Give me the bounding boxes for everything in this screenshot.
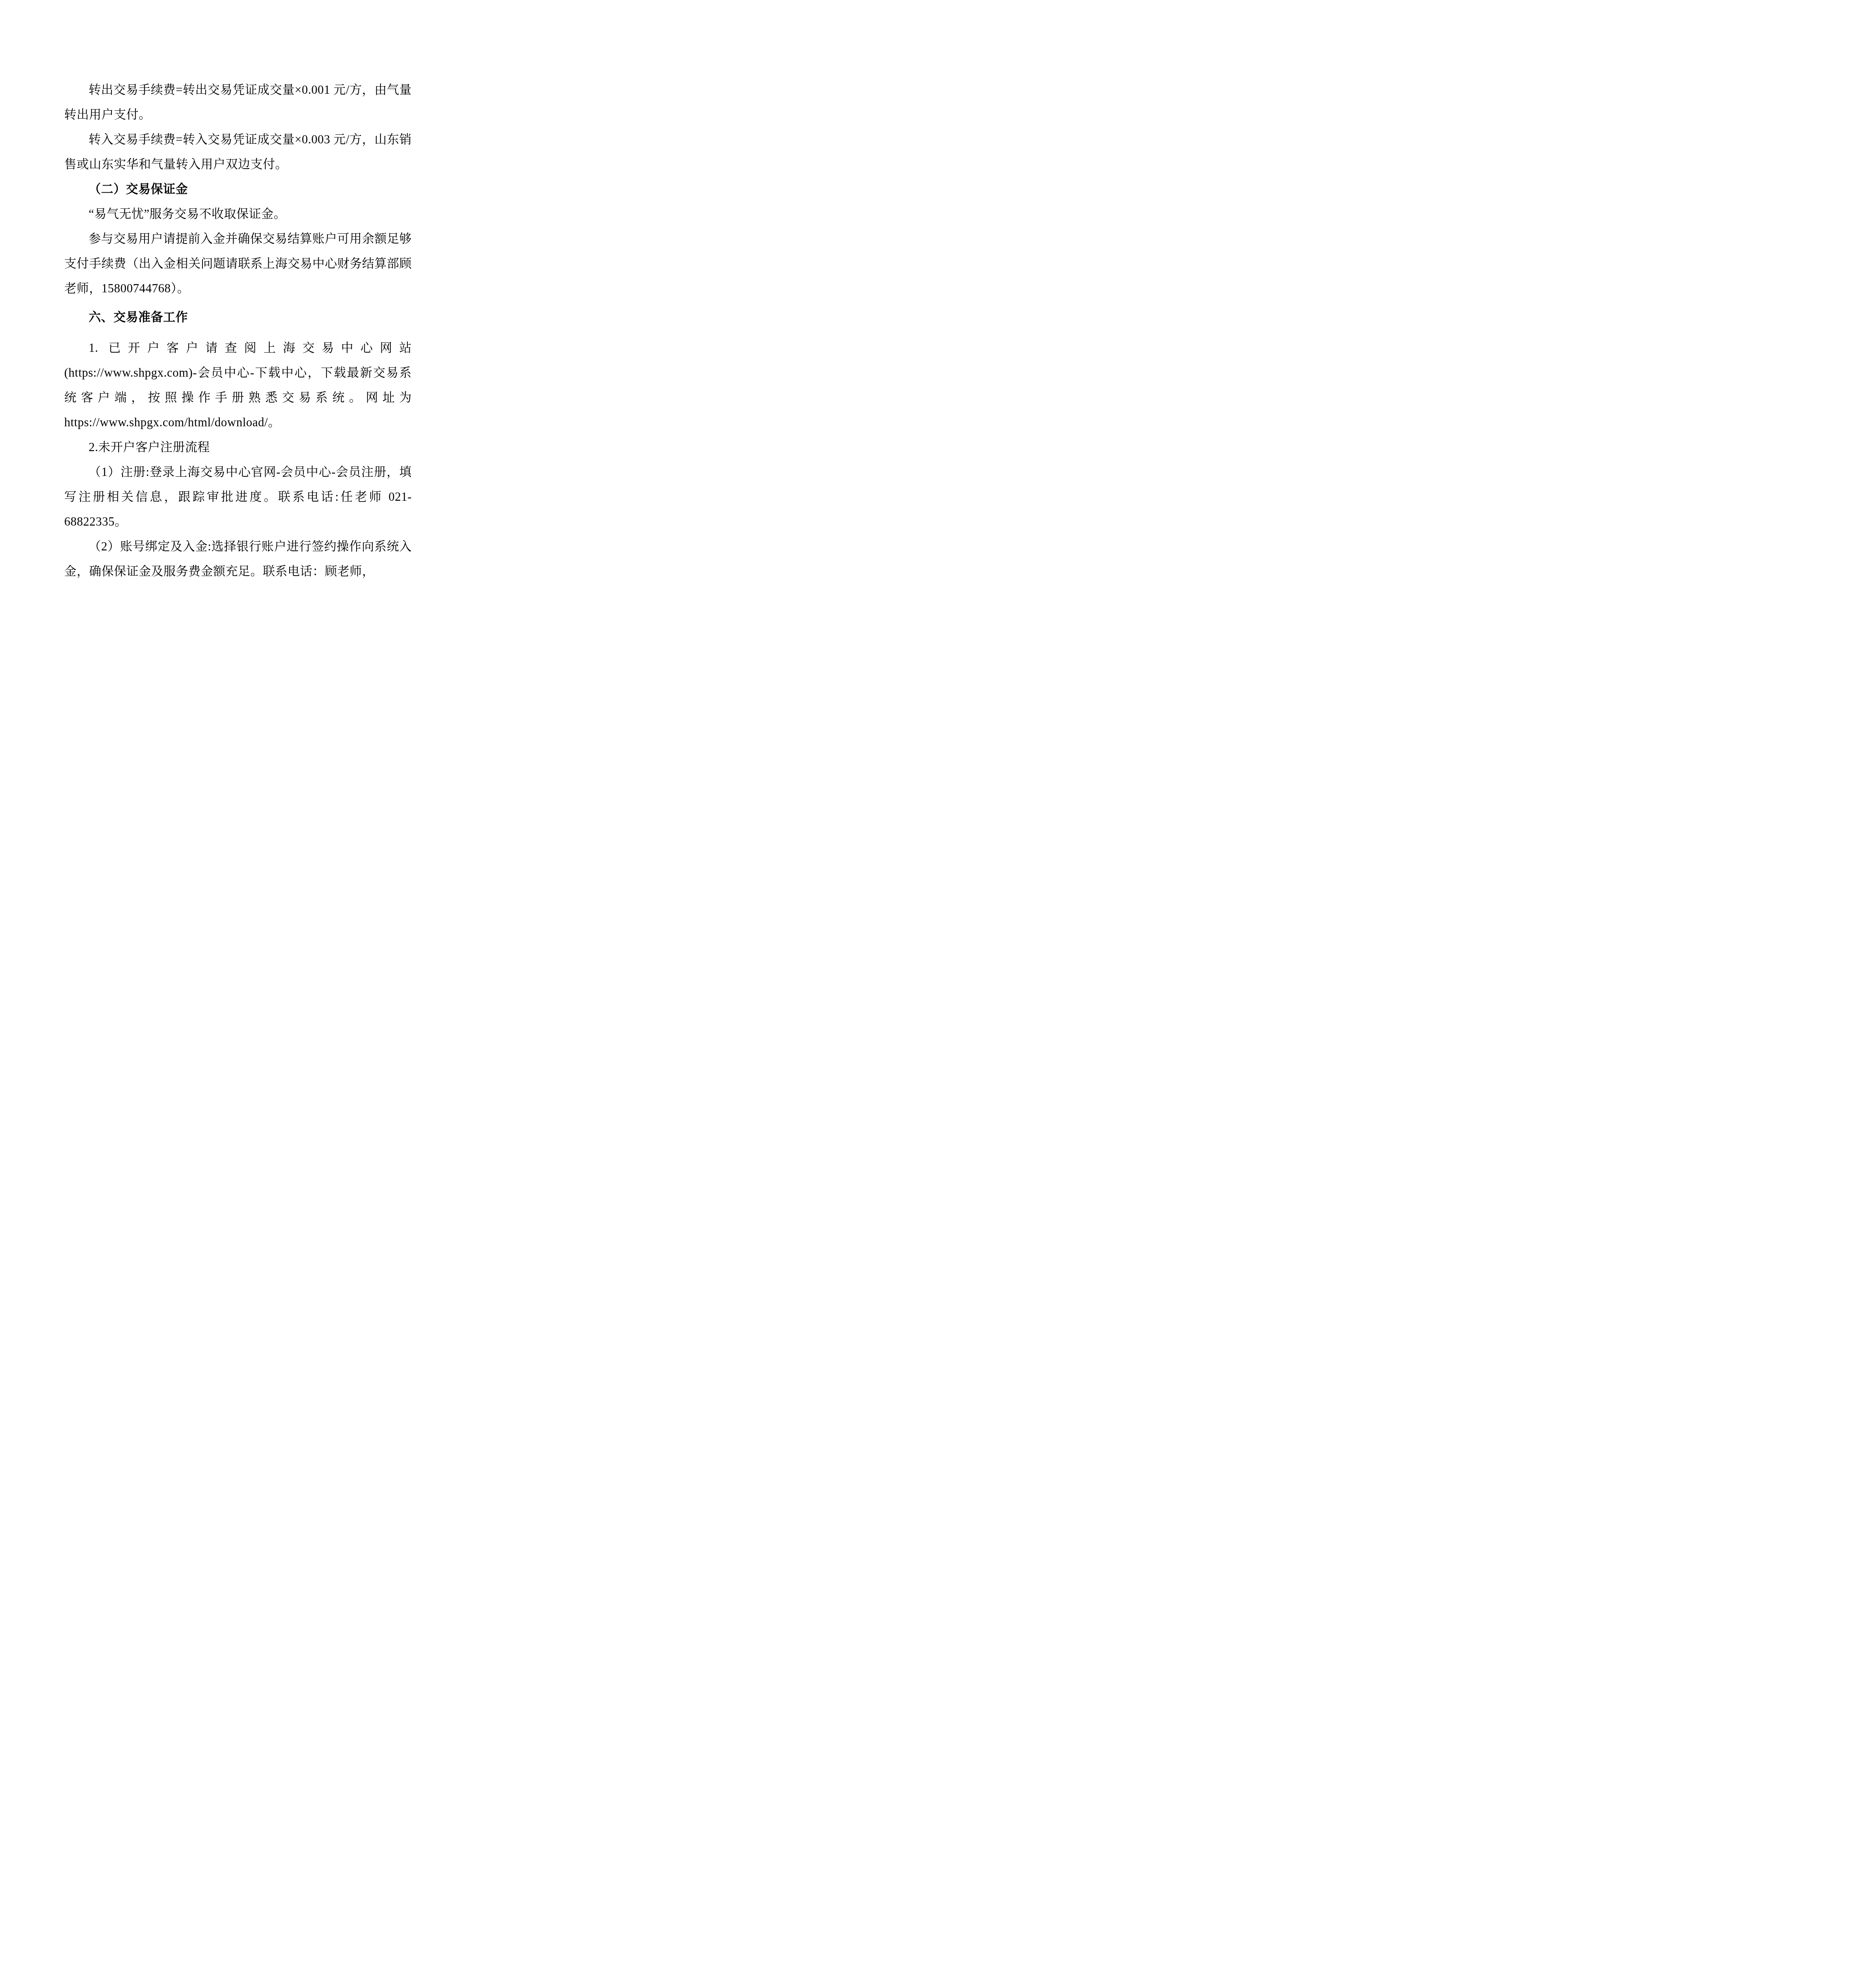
document-content: 转出交易手续费=转出交易凭证成交量×0.001 元/方，由气量转出用户支付。转入… bbox=[64, 77, 412, 584]
paragraph-3: （二）交易保证金 bbox=[64, 177, 412, 201]
paragraph-9: （1）注册:登录上海交易中心官网-会员中心-会员注册，填写注册相关信息，跟踪审批… bbox=[64, 459, 412, 534]
paragraph-10: （2）账号绑定及入金:选择银行账户进行签约操作向系统入金，确保保证金及服务费金额… bbox=[64, 534, 412, 584]
document-page: 转出交易手续费=转出交易凭证成交量×0.001 元/方，由气量转出用户支付。转入… bbox=[0, 0, 469, 663]
paragraph-7: 1. 已开户客户请查阅上海交易中心网站(https://www.shpgx.co… bbox=[64, 335, 412, 435]
paragraph-1: 转出交易手续费=转出交易凭证成交量×0.001 元/方，由气量转出用户支付。 bbox=[64, 77, 412, 127]
paragraph-6: 六、交易准备工作 bbox=[64, 305, 412, 329]
paragraph-5: 参与交易用户请提前入金并确保交易结算账户可用余额足够支付手续费（出入金相关问题请… bbox=[64, 226, 412, 301]
paragraph-8: 2.未开户客户注册流程 bbox=[64, 435, 412, 459]
paragraph-4: “易气无忧”服务交易不收取保证金。 bbox=[64, 201, 412, 226]
paragraph-2: 转入交易手续费=转入交易凭证成交量×0.003 元/方，山东销售或山东实华和气量… bbox=[64, 127, 412, 177]
